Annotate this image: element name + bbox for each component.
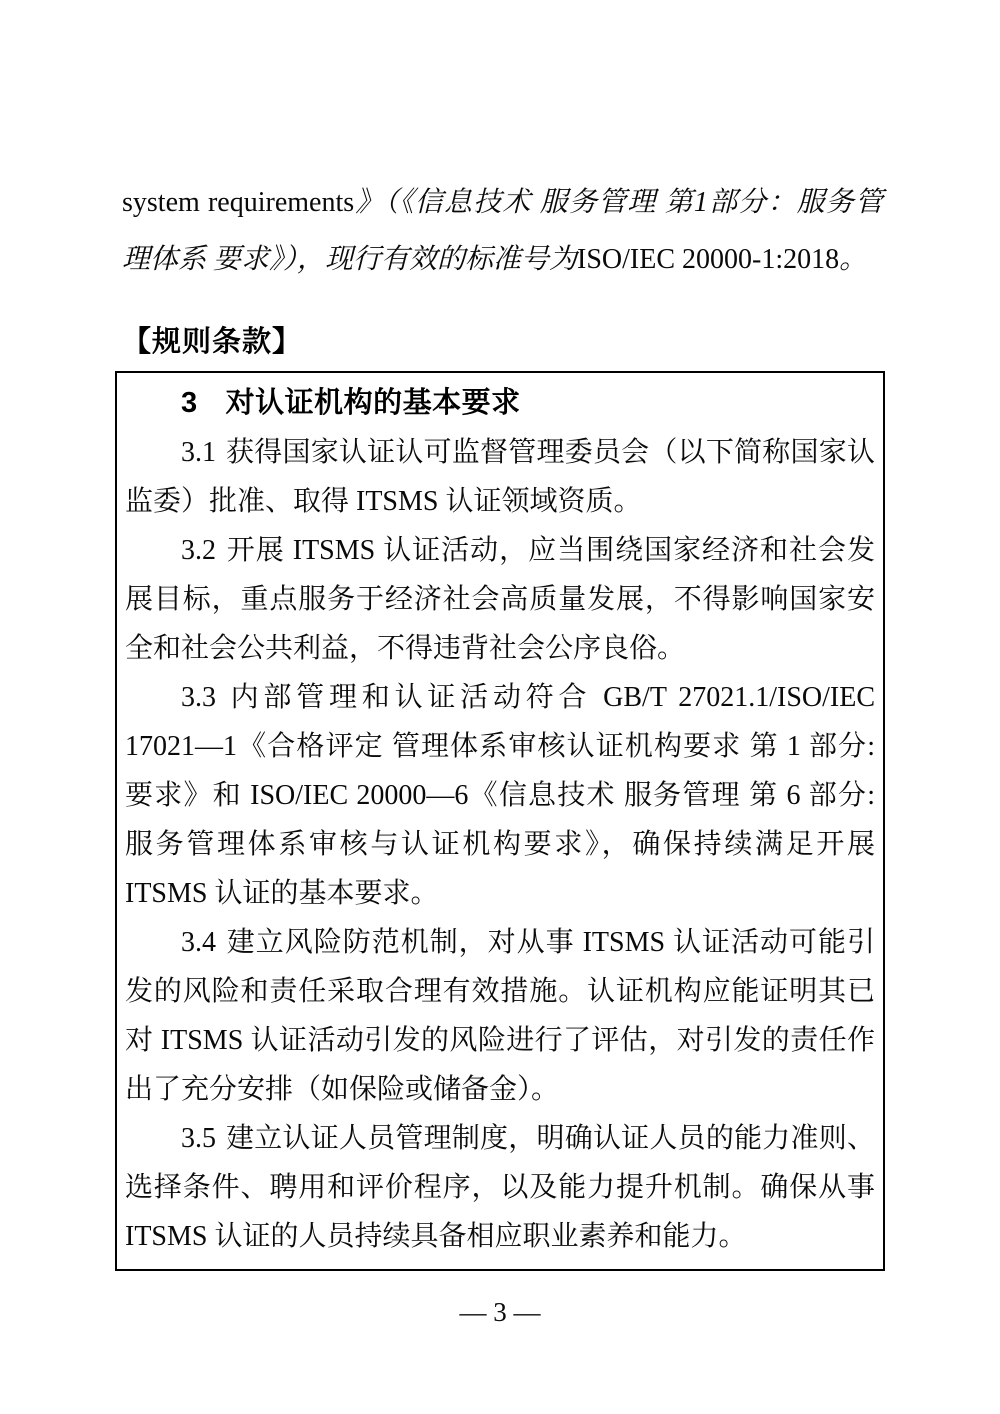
clause-text: 开展 ITSMS 认证活动，应当围绕国家经济和社会发展目标，重点服务于经济社会高… (125, 535, 875, 664)
clause-number: 3.1 (181, 437, 216, 468)
clause-number: 3.5 (181, 1123, 216, 1154)
clause-number: 3.4 (181, 927, 216, 958)
section-label-rule-clauses: 【规则条款】 (115, 322, 885, 362)
document-page: system requirements》（《信息技术 服务管理 第1部分：服务管… (0, 0, 1000, 1414)
clause-number: 3.2 (181, 535, 216, 566)
rule-box-heading-title: 对认证机构的基本要求 (226, 387, 521, 419)
intro-standard-number: ISO/IEC 20000-1:2018 (577, 244, 839, 275)
clause-paragraph-3-4: 3.4建立风险防范机制，对从事 ITSMS 认证活动可能引发的风险和责任采取合理… (125, 918, 875, 1114)
clause-text: 建立认证人员管理制度，明确认证人员的能力准则、选择条件、聘用和评价程序，以及能力… (125, 1123, 875, 1252)
clause-paragraph-3-3: 3.3内部管理和认证活动符合 GB/T 27021.1/ISO/IEC 1702… (125, 673, 875, 918)
intro-paragraph: system requirements》（《信息技术 服务管理 第1部分：服务管… (115, 174, 885, 288)
rule-box-heading: 3对认证机构的基本要求 (125, 379, 875, 428)
clause-number: 3.3 (181, 682, 216, 713)
rule-box: 3对认证机构的基本要求 3.1获得国家认证认可监督管理委员会（以下简称国家认监委… (115, 371, 885, 1271)
clause-paragraph-3-5: 3.5建立认证人员管理制度，明确认证人员的能力准则、选择条件、聘用和评价程序，以… (125, 1114, 875, 1261)
page-number: — 3 — (460, 1297, 541, 1327)
clause-paragraph-3-2: 3.2开展 ITSMS 认证活动，应当围绕国家经济和社会发展目标，重点服务于经济… (125, 526, 875, 673)
intro-latin-prefix: system requirements (122, 187, 354, 218)
clause-paragraph-3-1: 3.1获得国家认证认可监督管理委员会（以下简称国家认监委）批准、取得 ITSMS… (125, 428, 875, 526)
page-content: system requirements》（《信息技术 服务管理 第1部分：服务管… (115, 174, 885, 1271)
intro-period: 。 (839, 244, 867, 275)
clause-text: 获得国家认证认可监督管理委员会（以下简称国家认监委）批准、取得 ITSMS 认证… (125, 437, 875, 517)
rule-box-heading-number: 3 (181, 387, 198, 419)
clause-text: 建立风险防范机制，对从事 ITSMS 认证活动可能引发的风险和责任采取合理有效措… (125, 927, 875, 1105)
clause-text: 内部管理和认证活动符合 GB/T 27021.1/ISO/IEC 17021—1… (125, 682, 875, 909)
page-footer: — 3 — (0, 1292, 1000, 1332)
